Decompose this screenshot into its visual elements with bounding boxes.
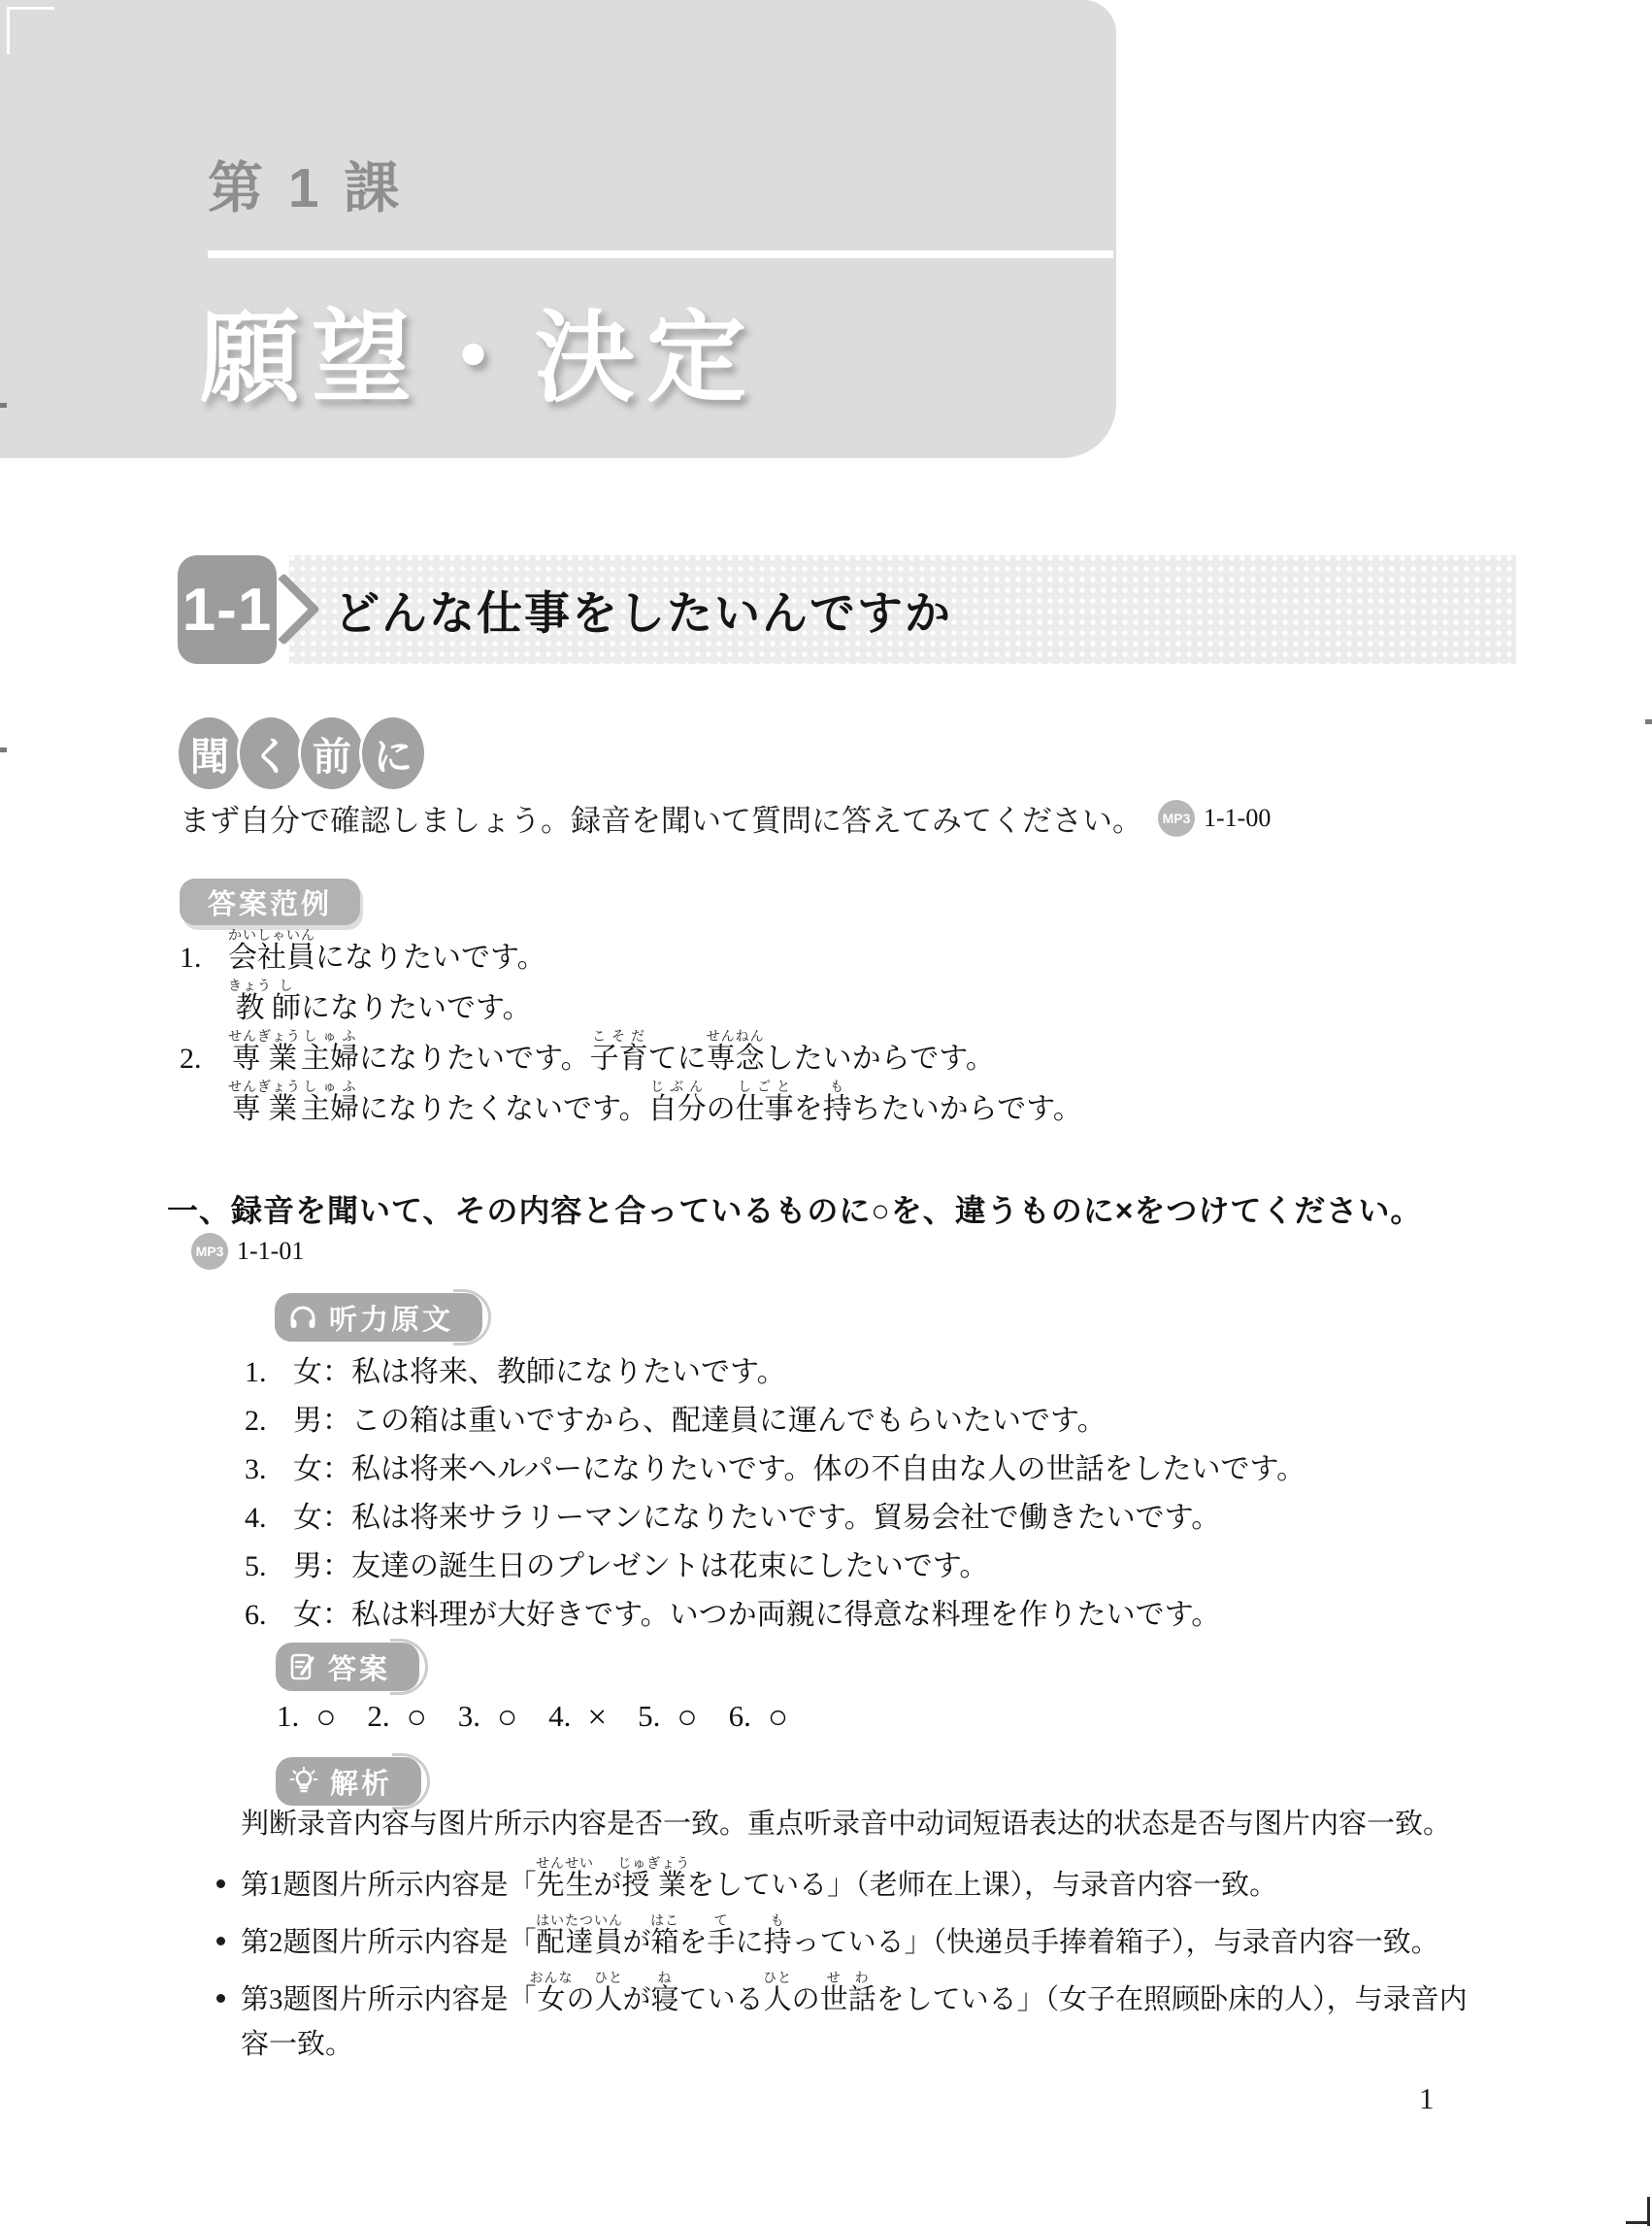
answer-number: 4. <box>548 1699 571 1734</box>
line-text: 会社員かいしゃいんになりたいです。 <box>228 942 546 974</box>
intro-text: まず自分で確認しましょう。録音を聞いて質問に答えてみてください。 <box>180 796 1142 840</box>
analysis-badge: 解析 <box>276 1757 421 1806</box>
example-line: 専業せんぎょう主婦しゅふになりたくないです。自分じぶんの仕事しごとを持もちたいか… <box>180 1076 1403 1126</box>
bullet-text: 第2题图片所示内容是「配達員はいたついんが箱はこを手てに持もっている」（快递员手… <box>241 1927 1439 1958</box>
transcript-list: 1.女：私は将来、教師になりたいです。 2.男：この箱は重いですから、配達員に運… <box>245 1355 1497 1646</box>
transcript-item: 2.男：この箱は重いですから、配達員に運んでもらいたいです。 <box>245 1404 1497 1439</box>
item-number: 1. <box>245 1355 293 1390</box>
analysis-section: 判断录音内容与图片所示内容是否一致。重点听录音中动词短语表达的状态是否与图片内容… <box>184 1804 1475 2067</box>
answer-item: 6.○ <box>729 1699 788 1734</box>
transcript-item: 4.女：私は将来サラリーマンになりたいです。貿易会社で働きたいです。 <box>245 1501 1497 1536</box>
answers-badge-label: 答案 <box>328 1647 390 1687</box>
answer-item: 2.○ <box>367 1699 426 1734</box>
transcript-badge: 听力原文 <box>275 1293 482 1342</box>
mp3-track-number: 1-1-01 <box>237 1237 304 1266</box>
transcript-badge-label: 听力原文 <box>329 1298 453 1338</box>
answer-mark: ○ <box>768 1700 788 1734</box>
answer-example-badge: 答案范例 <box>180 879 360 925</box>
answers-row: 1.○ 2.○ 3.○ 4.× 5.○ 6.○ <box>277 1699 819 1734</box>
crop-mark <box>1626 2221 1650 2224</box>
item-text: 女：私は料理が大好きです。いつか両親に得意な料理を作りたいです。 <box>293 1598 1220 1633</box>
edge-tick-mark <box>0 403 7 408</box>
analysis-bullet: 第2题图片所示内容是「配達員はいたついんが箱はこを手てに持もっている」（快递员手… <box>184 1908 1475 1965</box>
mp3-icon: MP3 <box>1158 800 1195 837</box>
item-number: 3. <box>245 1452 293 1487</box>
answers-badge: 答案 <box>276 1643 419 1691</box>
answer-number: 2. <box>367 1699 389 1734</box>
badge-char: に <box>359 714 427 792</box>
intro-line: まず自分で確認しましょう。録音を聞いて質問に答えてみてください。 MP3 1-1… <box>180 796 1271 840</box>
answer-item: 3.○ <box>458 1699 517 1734</box>
answer-number: 5. <box>638 1699 660 1734</box>
headphones-icon <box>288 1303 317 1332</box>
example-line: 1. 会社員かいしゃいんになりたいです。 <box>180 924 1403 975</box>
section-title-band: どんな仕事をしたいんですか <box>289 555 1516 664</box>
example-line: 教きょう師しになりたいです。 <box>180 975 1403 1025</box>
analysis-bullet-list: 第1题图片所示内容是「先生せんせいが授業じゅぎょうをしている」（老师在上课），与… <box>184 1850 1475 2067</box>
item-number: 4. <box>245 1501 293 1536</box>
lesson-header: 第 1 課 願望・決定 <box>0 0 1116 458</box>
section-title: どんな仕事をしたいんですか <box>334 578 952 643</box>
answer-item: 4.× <box>548 1699 607 1734</box>
item-text: 女：私は将来、教師になりたいです。 <box>293 1355 786 1390</box>
lesson-title: 願望・決定 <box>200 278 758 421</box>
item-text: 男：友達の誕生日のプレゼントは花束にしたいです。 <box>293 1549 988 1584</box>
badge-char: 聞 <box>176 714 244 792</box>
item-number: 2. <box>245 1404 293 1439</box>
edge-tick-mark <box>1645 719 1652 724</box>
analysis-bullet: 第3题图片所示内容是「女おんなの人ひとが寝ねている人ひとの世話せわをしている」（… <box>184 1965 1475 2067</box>
answer-number: 1. <box>277 1699 299 1734</box>
item-text: 男：この箱は重いですから、配達員に運んでもらいたいです。 <box>293 1404 1107 1439</box>
badge-char: く <box>237 714 305 792</box>
mp3-track-number: 1-1-00 <box>1204 804 1271 833</box>
section-number: 1-1 <box>182 576 273 645</box>
section-number-badge: 1-1 <box>178 555 277 664</box>
transcript-item: 3.女：私は将来ヘルパーになりたいです。体の不自由な人の世話をしたいです。 <box>245 1452 1497 1487</box>
analysis-bullet: 第1题图片所示内容是「先生せんせいが授業じゅぎょうをしている」（老师在上课），与… <box>184 1850 1475 1908</box>
lightbulb-icon <box>289 1767 318 1796</box>
line-text: 教きょう師しになりたいです。 <box>228 992 532 1024</box>
example-line: 2. 専業せんぎょう主婦しゅふになりたいです。子育こそだてに専念せんねんしたいか… <box>180 1025 1403 1076</box>
mp3-indicator: MP3 1-1-01 <box>191 1233 304 1270</box>
analysis-badge-label: 解析 <box>330 1762 392 1802</box>
answer-mark: ○ <box>497 1700 517 1734</box>
item-text: 女：私は将来サラリーマンになりたいです。貿易会社で働きたいです。 <box>293 1501 1220 1536</box>
mp3-indicator: MP3 1-1-00 <box>1158 800 1271 837</box>
answer-item: 1.○ <box>277 1699 336 1734</box>
transcript-item: 6.女：私は料理が大好きです。いつか両親に得意な料理を作りたいです。 <box>245 1598 1497 1633</box>
lesson-number: 第 1 課 <box>208 144 404 223</box>
memo-icon <box>289 1652 316 1681</box>
before-listening-badge: 聞 く 前 に <box>176 714 420 792</box>
line-number: 1. <box>180 942 202 975</box>
mp3-icon: MP3 <box>191 1233 228 1270</box>
task-heading: 一、録音を聞いて、その内容と合っているものに○を、違うものに×をつけてください。 <box>167 1186 1422 1231</box>
transcript-item: 1.女：私は将来、教師になりたいです。 <box>245 1355 1497 1390</box>
bullet-text: 第3题图片所示内容是「女おんなの人ひとが寝ねている人ひとの世話せわをしている」（… <box>241 1984 1468 2060</box>
answer-number: 6. <box>729 1699 751 1734</box>
badge-char: 前 <box>298 714 366 792</box>
line-text: 専業せんぎょう主婦しゅふになりたいです。子育こそだてに専念せんねんしたいからです… <box>228 1043 995 1075</box>
answer-mark: × <box>587 1700 607 1734</box>
bullet-text: 第1题图片所示内容是「先生せんせいが授業じゅぎょうをしている」（老师在上课），与… <box>241 1870 1277 1901</box>
answer-number: 3. <box>458 1699 480 1734</box>
item-number: 5. <box>245 1549 293 1584</box>
answer-mark: ○ <box>315 1700 336 1734</box>
item-number: 6. <box>245 1598 293 1633</box>
lesson-divider-line <box>208 250 1113 258</box>
item-text: 女：私は将来ヘルパーになりたいです。体の不自由な人の世話をしたいです。 <box>293 1452 1305 1487</box>
analysis-intro: 判断录音内容与图片所示内容是否一致。重点听录音中动词短语表达的状态是否与图片内容… <box>184 1804 1475 1844</box>
answer-mark: ○ <box>677 1700 697 1734</box>
answer-example-list: 1. 会社員かいしゃいんになりたいです。 教きょう師しになりたいです。 2. 専… <box>180 924 1403 1126</box>
answer-mark: ○ <box>407 1700 427 1734</box>
answer-item: 5.○ <box>638 1699 697 1734</box>
line-text: 専業せんぎょう主婦しゅふになりたくないです。自分じぶんの仕事しごとを持もちたいか… <box>228 1093 1082 1125</box>
page-number: 1 <box>1419 2081 1435 2116</box>
line-number: 2. <box>180 1043 202 1076</box>
corner-crop-mark <box>7 7 54 54</box>
transcript-item: 5.男：友達の誕生日のプレゼントは花束にしたいです。 <box>245 1549 1497 1584</box>
textbook-page: 第 1 課 願望・決定 どんな仕事をしたいんですか 1-1 聞 く 前 に まず… <box>0 0 1652 2226</box>
edge-tick-mark <box>0 748 7 752</box>
